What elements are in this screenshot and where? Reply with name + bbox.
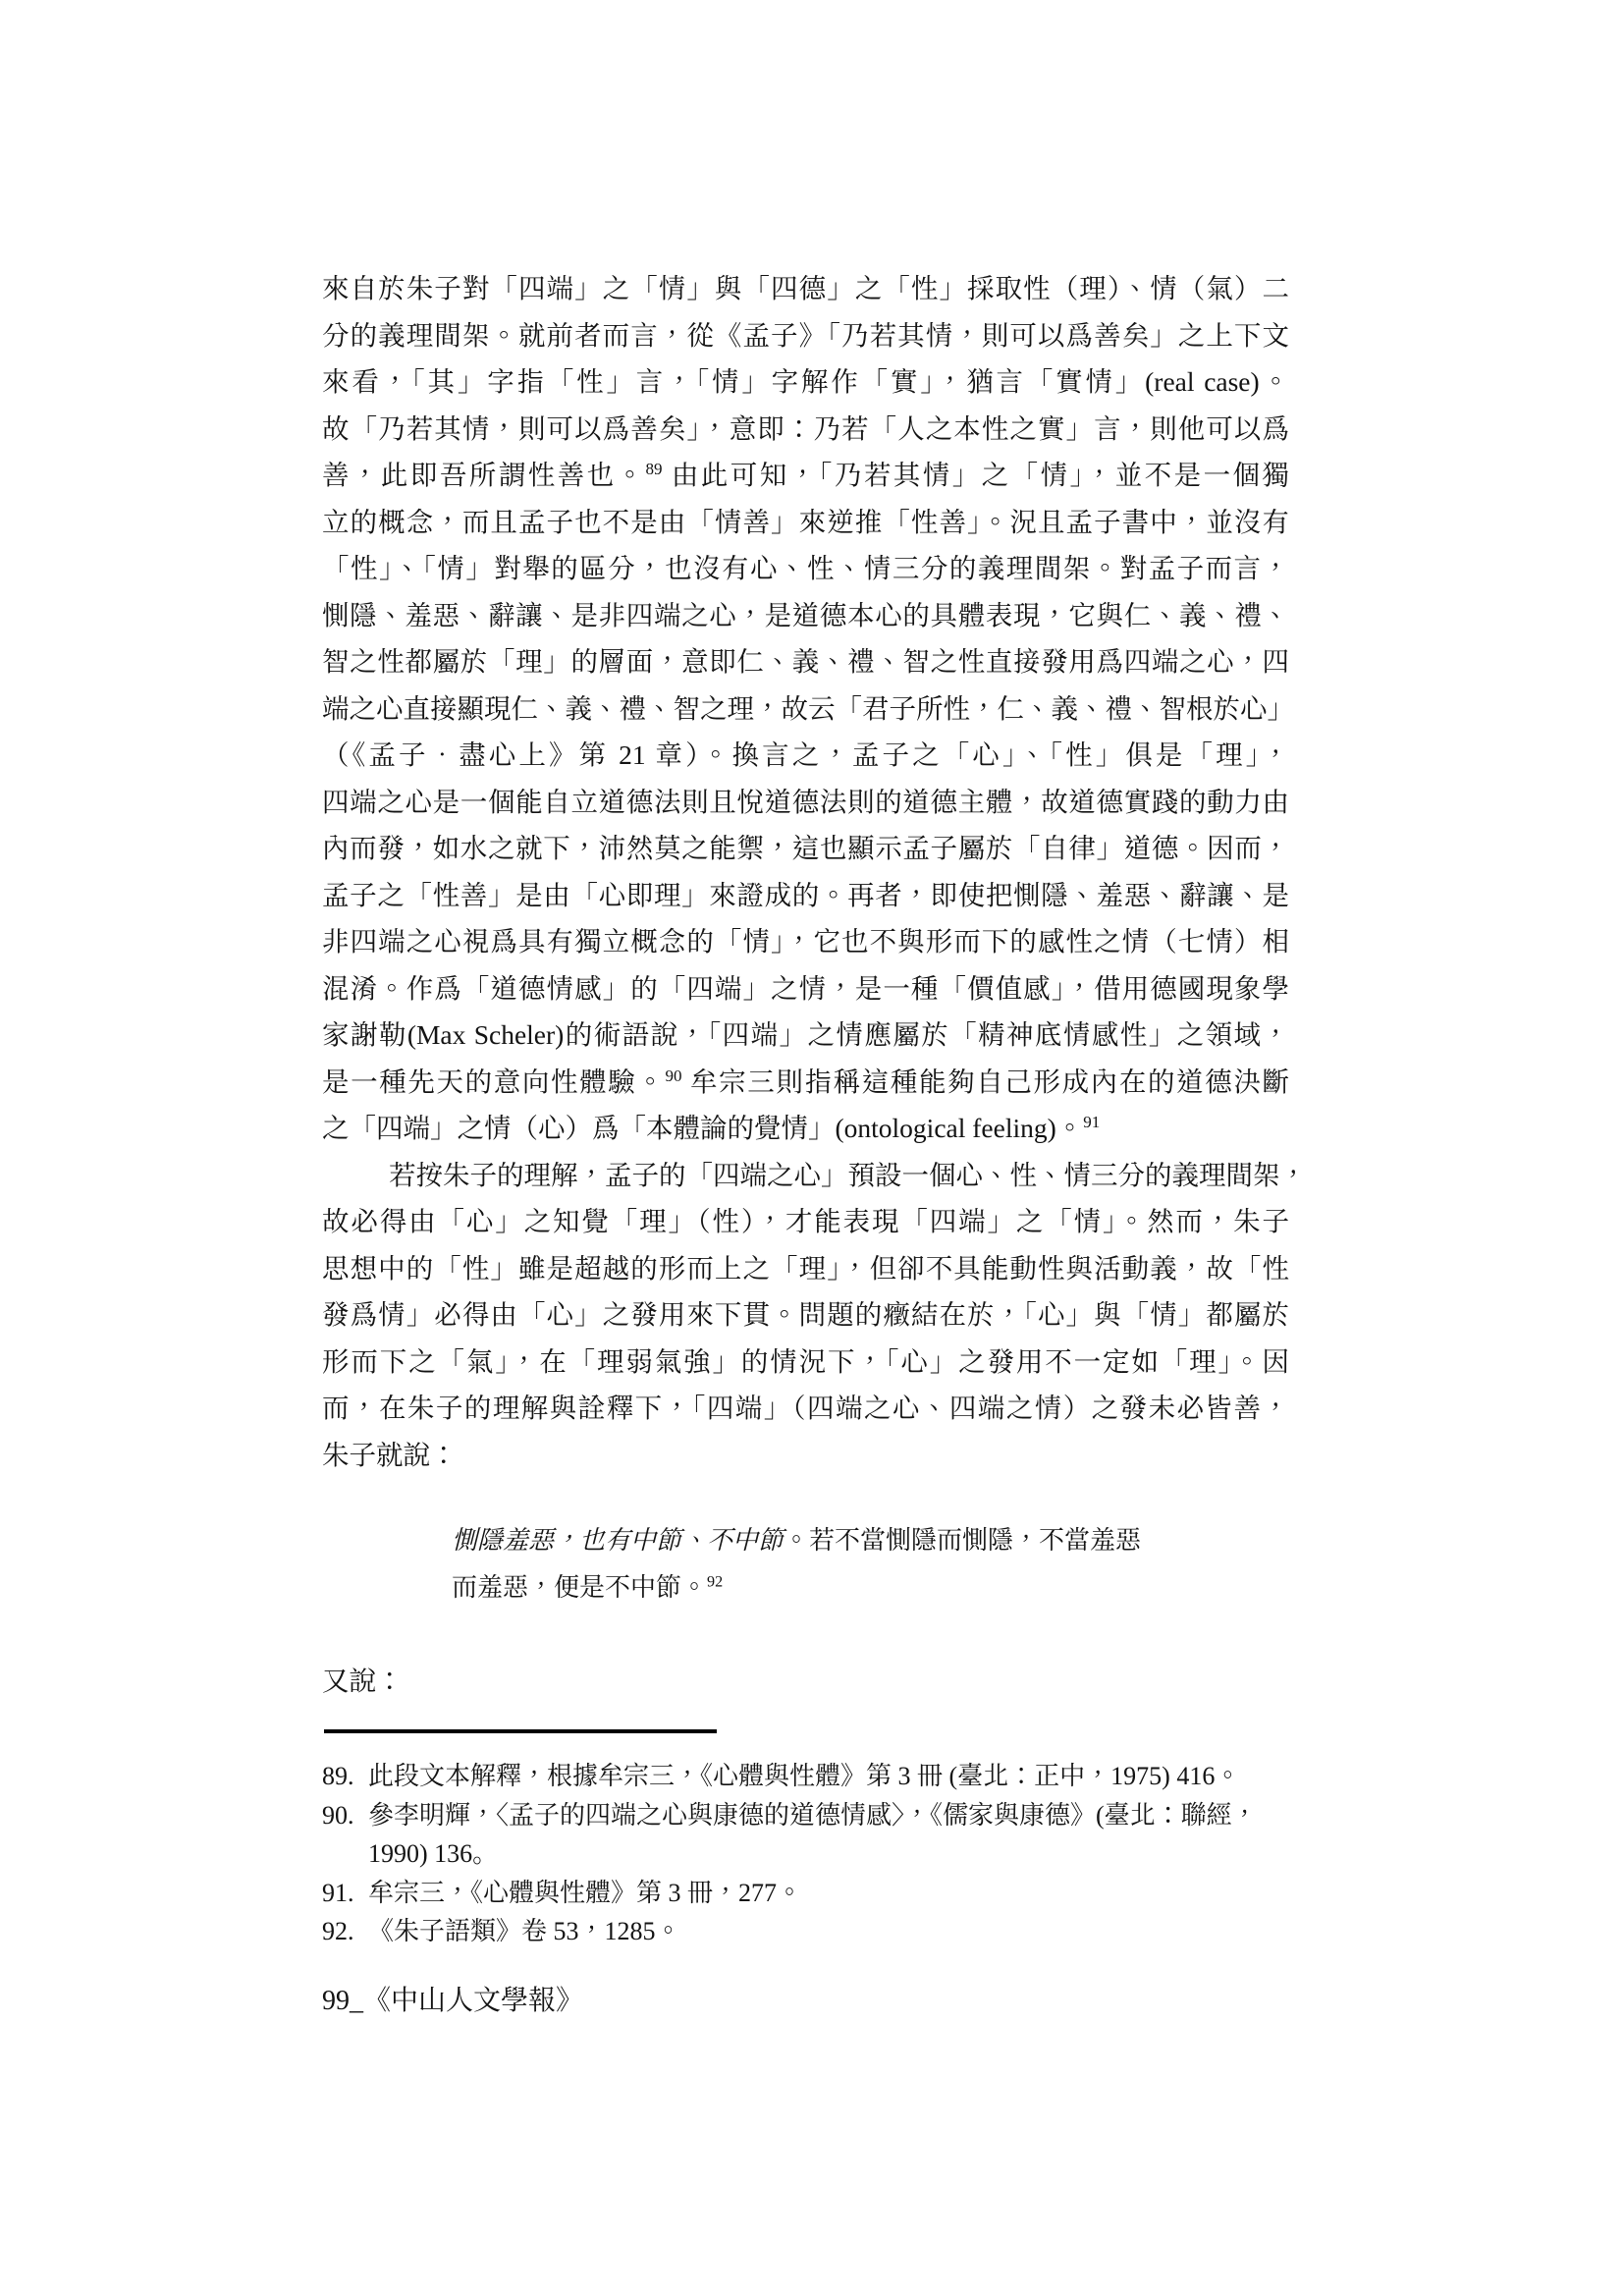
text-run: 故「乃若其情，則可以爲善矣」，意即：乃若「人之本性之實」言，則他可以爲 bbox=[322, 413, 1289, 444]
text-run: 分的義理間架。就前者而言，從《孟子》「乃若其情，則可以爲善矣」之上下文 bbox=[322, 320, 1289, 351]
text-run: 惻隱、羞惡、辭讓、是非四端之心，是道德本心的具體表現，它與仁、義、禮、 bbox=[322, 600, 1289, 630]
text-line: 智之性都屬於「理」的層面，意即仁、義、禮、智之性直接發用爲四端之心，四 bbox=[322, 638, 1289, 685]
text-run: 內而發，如水之就下，沛然莫之能禦，這也顯示孟子屬於「自律」道德。因而， bbox=[322, 833, 1289, 863]
page-footer: 99_《中山人文學報》 bbox=[322, 1982, 583, 2021]
text-run: 而，在朱子的理解與詮釋下，「四端」（四端之心、四端之情）之發未必皆善， bbox=[322, 1393, 1289, 1423]
text-line: （《孟子．盡心上》第 21 章）。換言之，孟子之「心」、「性」俱是「理」， bbox=[322, 732, 1289, 779]
footnotes: 89.此段文本解釋，根據牟宗三，《心體與性體》第 3 冊 (臺北：正中，1975… bbox=[322, 1757, 1343, 1951]
text-run: 思想中的「性」雖是超越的形而上之「理」，但卻不具能動性與活動義，故「性 bbox=[322, 1253, 1289, 1284]
text-run: 非四端之心視爲具有獨立概念的「情」，它也不與形而下的感性之情（七情）相 bbox=[322, 926, 1289, 957]
text-run: 端之心直接顯現仁、義、禮、智之理，故云「君子所性，仁、義、禮、智根於心」 bbox=[322, 693, 1294, 724]
footnote-text: 此段文本解釋，根據牟宗三，《心體與性體》第 3 冊 (臺北：正中，1975) 4… bbox=[368, 1762, 1240, 1790]
text-line: 發爲情」必得由「心」之發用來下貫。問題的癥結在於，「心」與「情」都屬於 bbox=[322, 1291, 1289, 1339]
footnote-continuation: 1990) 136。 bbox=[322, 1834, 1343, 1874]
text-line: 善，此即吾所謂性善也。89 由此可知，「乃若其情」之「情」，並不是一個獨 bbox=[322, 452, 1289, 499]
footnote-text: 《朱子語類》卷 53，1285。 bbox=[368, 1917, 681, 1945]
text-run: 來自於朱子對「四端」之「情」與「四德」之「性」採取性（理）、情（氣）二 bbox=[322, 273, 1289, 303]
text-run: 發爲情」必得由「心」之發用來下貫。問題的癥結在於，「心」與「情」都屬於 bbox=[322, 1299, 1289, 1330]
footnote-text: 1990) 136。 bbox=[368, 1839, 498, 1868]
quote-line: 而羞惡，便是不中節。92 bbox=[452, 1564, 1296, 1612]
text-run: 是一種先天的意向性體驗。 bbox=[322, 1066, 666, 1097]
footnote-number: 90. bbox=[322, 1796, 368, 1835]
footnote-91: 91.牟宗三，《心體與性體》第 3 冊，277。 bbox=[322, 1874, 1343, 1913]
footnote-separator bbox=[324, 1729, 717, 1733]
text-run: 。若不當惻隱而惻隱，不當羞惡 bbox=[784, 1526, 1141, 1555]
footnote-ref-89: 89 bbox=[646, 460, 663, 478]
transition-line: 又說： bbox=[322, 1658, 404, 1705]
text-line: 家謝勒(Max Scheler)的術語說，「四端」之情應屬於「精神底情感性」之領… bbox=[322, 1011, 1289, 1059]
page-number-journal-title: 99_《中山人文學報》 bbox=[322, 1986, 583, 2016]
footnote-90: 90.參李明輝，〈孟子的四端之心與康德的道德情感〉，《儒家與康德》(臺北：聯經， bbox=[322, 1796, 1343, 1835]
text-line: 而，在朱子的理解與詮釋下，「四端」（四端之心、四端之情）之發未必皆善， bbox=[322, 1385, 1289, 1432]
footnote-ref-92: 92 bbox=[707, 1573, 723, 1590]
text-run: 來看，「其」字指「性」言，「情」字解作「實」，猶言「實情」(real case)… bbox=[322, 366, 1289, 397]
footnote-number: 92. bbox=[322, 1912, 368, 1951]
text-run: 若按朱子的理解，孟子的「四端之心」預設一個心、性、情三分的義理間架， bbox=[389, 1160, 1307, 1190]
text-run: 由此可知，「乃若其情」之「情」，並不是一個獨 bbox=[663, 460, 1289, 490]
text-run: 「性」、「情」對舉的區分，也沒有心、性、情三分的義理間架。對孟子而言， bbox=[322, 553, 1289, 583]
quote-line: 惻隱羞惡，也有中節、不中節。若不當惻隱而惻隱，不當羞惡 bbox=[452, 1517, 1296, 1564]
footnote-ref-90: 90 bbox=[666, 1066, 682, 1084]
text-line: 若按朱子的理解，孟子的「四端之心」預設一個心、性、情三分的義理間架， bbox=[322, 1152, 1289, 1199]
text-line: 朱子就說： bbox=[322, 1432, 1289, 1479]
text-run: 智之性都屬於「理」的層面，意即仁、義、禮、智之性直接發用爲四端之心，四 bbox=[322, 646, 1289, 677]
text-run: 而羞惡，便是不中節。 bbox=[452, 1573, 707, 1602]
document-page: 來自於朱子對「四端」之「情」與「四德」之「性」採取性（理）、情（氣）二分的義理間… bbox=[0, 0, 1623, 2296]
text-line: 四端之心是一個能自立道德法則且悅道德法則的道德主體，故道德實踐的動力由 bbox=[322, 779, 1289, 826]
text-line: 來看，「其」字指「性」言，「情」字解作「實」，猶言「實情」(real case)… bbox=[322, 358, 1289, 406]
text-line: 之「四端」之情（心）爲「本體論的覺情」(ontological feeling)… bbox=[322, 1105, 1289, 1152]
text-run: 朱子就說： bbox=[322, 1440, 458, 1470]
footnote-89: 89.此段文本解釋，根據牟宗三，《心體與性體》第 3 冊 (臺北：正中，1975… bbox=[322, 1757, 1343, 1796]
transition-label: 又說： bbox=[322, 1666, 404, 1696]
text-line: 惻隱、羞惡、辭讓、是非四端之心，是道德本心的具體表現，它與仁、義、禮、 bbox=[322, 592, 1289, 639]
text-run: （《孟子．盡心上》第 21 章）。換言之，孟子之「心」、「性」俱是「理」， bbox=[322, 739, 1289, 770]
text-line: 來自於朱子對「四端」之「情」與「四德」之「性」採取性（理）、情（氣）二 bbox=[322, 265, 1289, 312]
text-run: 孟子之「性善」是由「心即理」來證成的。再者，即使把惻隱、羞惡、辭讓、是 bbox=[322, 880, 1289, 910]
text-line: 端之心直接顯現仁、義、禮、智之理，故云「君子所性，仁、義、禮、智根於心」 bbox=[322, 685, 1289, 733]
footnote-number: 89. bbox=[322, 1757, 368, 1796]
text-line: 孟子之「性善」是由「心即理」來證成的。再者，即使把惻隱、羞惡、辭讓、是 bbox=[322, 872, 1289, 919]
text-line: 是一種先天的意向性體驗。90 牟宗三則指稱這種能夠自己形成內在的道德決斷 bbox=[322, 1059, 1289, 1106]
text-line: 「性」、「情」對舉的區分，也沒有心、性、情三分的義理間架。對孟子而言， bbox=[322, 545, 1289, 592]
text-line: 分的義理間架。就前者而言，從《孟子》「乃若其情，則可以爲善矣」之上下文 bbox=[322, 312, 1289, 359]
footnote-number: 91. bbox=[322, 1874, 368, 1913]
text-run: 善，此即吾所謂性善也。 bbox=[322, 460, 646, 490]
text-line: 立的概念，而且孟子也不是由「情善」來逆推「性善」。況且孟子書中，並沒有 bbox=[322, 499, 1289, 546]
text-run: 故必得由「心」之知覺「理」（性），才能表現「四端」之「情」。然而，朱子 bbox=[322, 1206, 1289, 1236]
text-run: 混淆。作爲「道德情感」的「四端」之情，是一種「價值感」，借用德國現象學 bbox=[322, 973, 1289, 1004]
footnote-ref-91: 91 bbox=[1083, 1113, 1100, 1131]
text-line: 思想中的「性」雖是超越的形而上之「理」，但卻不具能動性與活動義，故「性 bbox=[322, 1245, 1289, 1292]
quote-kai-text: 惻隱羞惡，也有中節、不中節 bbox=[452, 1526, 784, 1555]
text-run: 家謝勒(Max Scheler)的術語說，「四端」之情應屬於「精神底情感性」之領… bbox=[322, 1019, 1289, 1050]
text-run: 牟宗三則指稱這種能夠自己形成內在的道德決斷 bbox=[682, 1066, 1289, 1097]
text-run: 四端之心是一個能自立道德法則且悅道德法則的道德主體，故道德實踐的動力由 bbox=[322, 787, 1289, 817]
body-text: 來自於朱子對「四端」之「情」與「四德」之「性」採取性（理）、情（氣）二分的義理間… bbox=[322, 265, 1289, 1478]
text-run: 形而下之「氣」，在「理弱氣強」的情況下，「心」之發用不一定如「理」。因 bbox=[322, 1346, 1289, 1377]
block-quote: 惻隱羞惡，也有中節、不中節。若不當惻隱而惻隱，不當羞惡而羞惡，便是不中節。92 bbox=[452, 1517, 1296, 1612]
footnote-text: 牟宗三，《心體與性體》第 3 冊，277。 bbox=[368, 1879, 802, 1907]
text-line: 非四端之心視爲具有獨立概念的「情」，它也不與形而下的感性之情（七情）相 bbox=[322, 918, 1289, 965]
text-line: 混淆。作爲「道德情感」的「四端」之情，是一種「價值感」，借用德國現象學 bbox=[322, 965, 1289, 1012]
text-run: 之「四端」之情（心）爲「本體論的覺情」(ontological feeling)… bbox=[322, 1113, 1083, 1143]
text-run: 立的概念，而且孟子也不是由「情善」來逆推「性善」。況且孟子書中，並沒有 bbox=[322, 507, 1289, 537]
text-line: 形而下之「氣」，在「理弱氣強」的情況下，「心」之發用不一定如「理」。因 bbox=[322, 1339, 1289, 1386]
footnote-text: 參李明輝，〈孟子的四端之心與康德的道德情感〉，《儒家與康德》(臺北：聯經， bbox=[368, 1801, 1258, 1830]
footnote-92: 92.《朱子語類》卷 53，1285。 bbox=[322, 1912, 1343, 1951]
text-line: 故必得由「心」之知覺「理」（性），才能表現「四端」之「情」。然而，朱子 bbox=[322, 1198, 1289, 1245]
text-line: 故「乃若其情，則可以爲善矣」，意即：乃若「人之本性之實」言，則他可以爲 bbox=[322, 406, 1289, 453]
text-line: 內而發，如水之就下，沛然莫之能禦，這也顯示孟子屬於「自律」道德。因而， bbox=[322, 825, 1289, 872]
